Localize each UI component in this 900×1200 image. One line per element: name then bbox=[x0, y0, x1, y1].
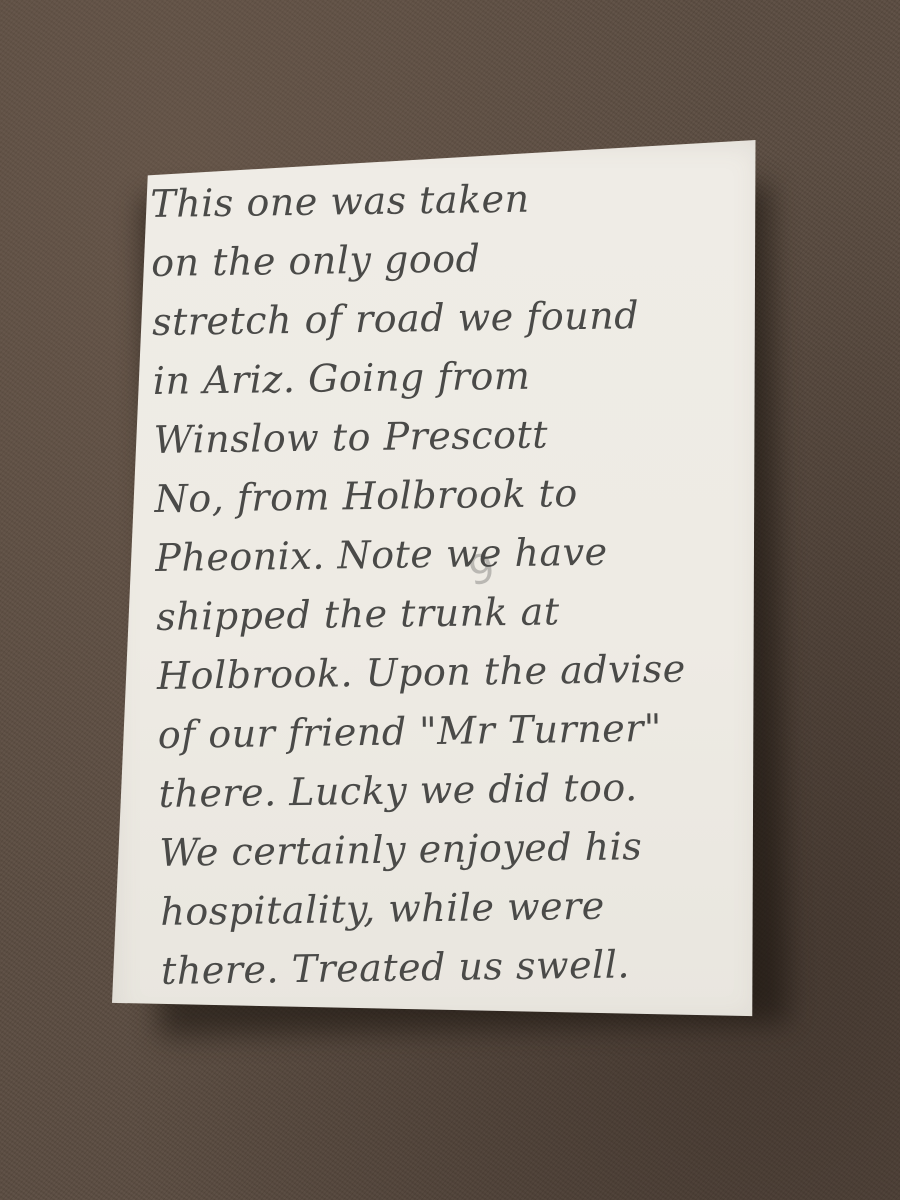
note-line: in Ariz. Going from bbox=[152, 344, 743, 411]
note-line: shipped the trunk at bbox=[156, 580, 747, 647]
note-line: No, from Holbrook to bbox=[154, 462, 745, 529]
note-line: Winslow to Prescott bbox=[153, 403, 744, 470]
note-line: on the only good bbox=[151, 226, 742, 293]
note-line: of our friend "Mr Turner" bbox=[157, 698, 748, 765]
note-line: This one was taken bbox=[150, 167, 741, 234]
note-line: Holbrook. Upon the advise bbox=[157, 639, 748, 706]
note-line: there. Treated us swell. bbox=[161, 934, 752, 1001]
note-line: there. Lucky we did too. bbox=[158, 757, 749, 824]
note-line: stretch of road we found bbox=[152, 285, 743, 352]
note-line: hospitality, while were bbox=[160, 875, 751, 942]
note-line: We certainly enjoyed his bbox=[159, 816, 750, 883]
handwritten-note: This one was taken on the only good stre… bbox=[150, 167, 751, 1001]
note-line: Pheonix. Note we have bbox=[155, 521, 746, 588]
